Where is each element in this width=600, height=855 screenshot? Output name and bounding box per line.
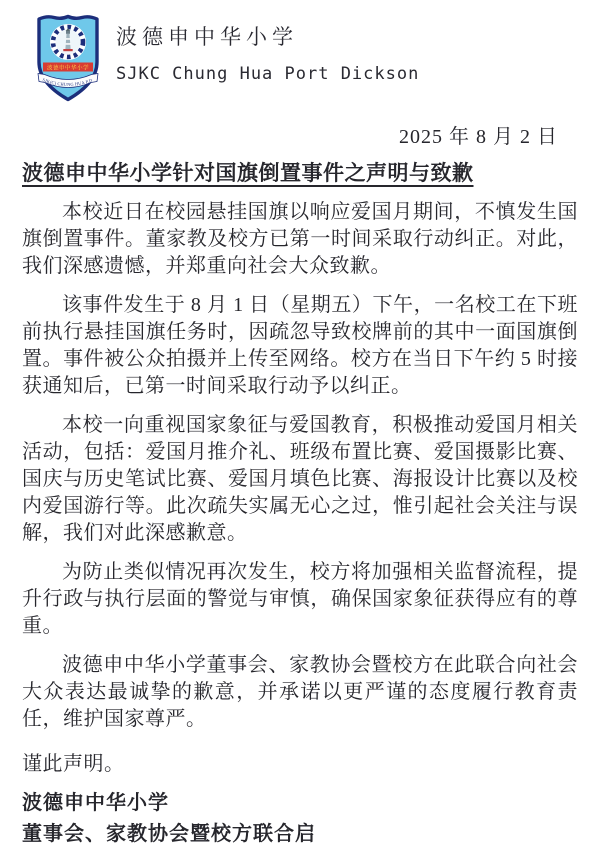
paragraph-3: 本校一向重视国家象征与爱国教育，积极推动爱国月相关活动，包括：爱国月推介礼、班级… <box>22 412 578 547</box>
signature-block: 波德申中华小学 董事会、家教协会暨校方联合启 <box>22 788 578 850</box>
letterhead: 波德申中华小学 SJK(C) CHUNG HUA P.D. 波德申中华小学 SJ… <box>22 10 578 104</box>
school-name-chinese: 波德申中华小学 <box>116 21 419 51</box>
signature-issuer: 董事会、家教协会暨校方联合启 <box>22 819 578 850</box>
paragraph-2: 该事件发生于 8 月 1 日（星期五）下午，一名校工在下班前执行悬挂国旗任务时，… <box>22 292 578 400</box>
statement-date: 2025 年 8 月 2 日 <box>22 120 578 149</box>
school-name-block: 波德申中华小学 SJKC Chung Hua Port Dickson <box>116 12 419 84</box>
signature-school-name: 波德申中华小学 <box>22 788 578 819</box>
statement-title: 波德申中华小学针对国旗倒置事件之声明与致歉 <box>22 157 578 187</box>
school-crest-icon: 波德申中华小学 SJK(C) CHUNG HUA P.D. <box>36 12 100 102</box>
statement-document: 波德申中华小学 SJK(C) CHUNG HUA P.D. 波德申中华小学 SJ… <box>0 0 600 855</box>
paragraph-4: 为防止类似情况再次发生，校方将加强相关监督流程，提升行政与执行层面的警觉与审慎，… <box>22 559 578 640</box>
paragraph-1: 本校近日在校园悬挂国旗以响应爱国月期间，不慎发生国旗倒置事件。董家教及校方已第一… <box>22 199 578 280</box>
school-name-english: SJKC Chung Hua Port Dickson <box>116 64 419 84</box>
paragraph-5: 波德申中华小学董事会、家教协会暨校方在此联合向社会大众表达最诚挚的歉意，并承诺以… <box>22 652 578 733</box>
logo-banner-text: 波德申中华小学 <box>47 63 89 71</box>
closing-line: 谨此声明。 <box>22 747 578 776</box>
